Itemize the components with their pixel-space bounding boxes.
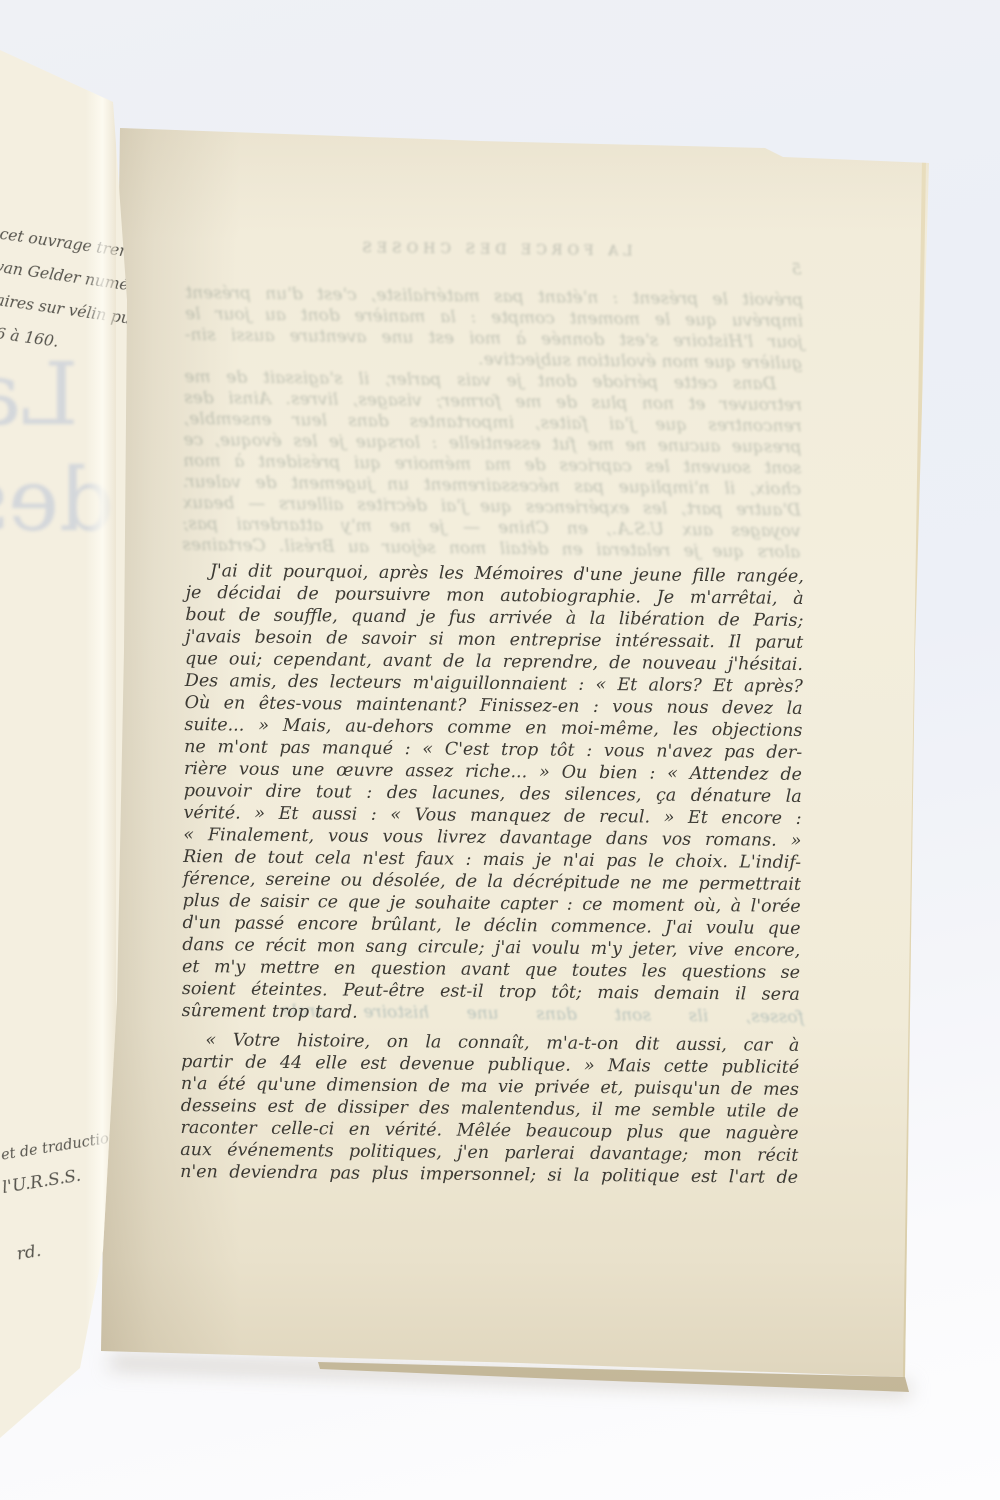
book-page: 5 LA FORCE DES CHOSES prévoit le présent… bbox=[0, 0, 1000, 1500]
body-text: J'ai dit pourquoi, après les Mémoires d'… bbox=[180, 560, 804, 1189]
paragraph-2: « Votre histoire, on la connaît, m'a-t-o… bbox=[180, 1029, 799, 1189]
show-through-block: 5 LA FORCE DES CHOSES prévoit le présent… bbox=[182, 238, 804, 564]
book-photo: 5 LA FORCE DES CHOSES prévoit le présent… bbox=[0, 0, 1000, 1500]
show-through-letter-des: des bbox=[0, 458, 114, 544]
show-through-paragraph: prévoit le présent : n'étant pas matéria… bbox=[182, 283, 803, 564]
paragraph-1: J'ai dit pourquoi, après les Mémoires d'… bbox=[182, 560, 804, 1028]
show-through-letter-la: La bbox=[0, 352, 78, 438]
show-through-mirror: 5 LA FORCE DES CHOSES prévoit le présent… bbox=[182, 238, 804, 564]
show-through-page-number: 5 bbox=[791, 259, 801, 278]
half-title-show-through: La des bbox=[0, 340, 110, 600]
page-top-shade bbox=[100, 120, 940, 240]
